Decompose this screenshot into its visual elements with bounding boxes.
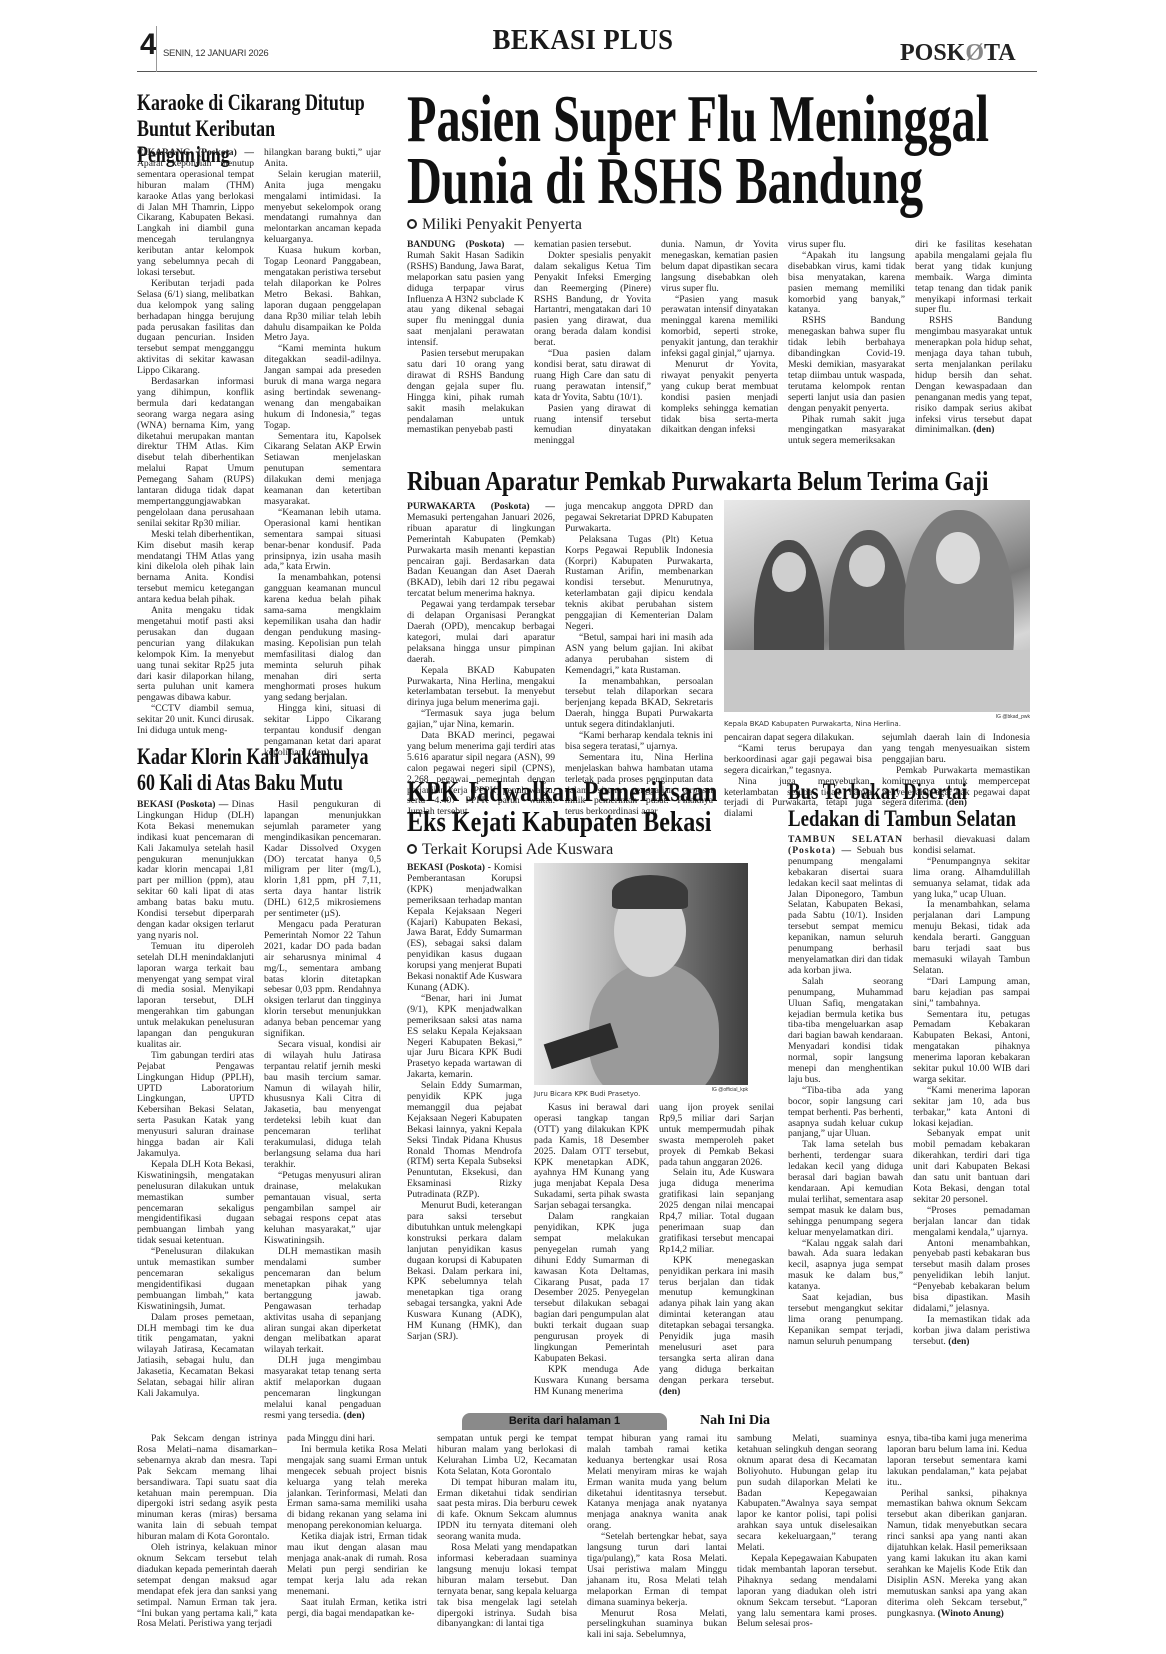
poskota-logo: POSKØTA [900,40,1016,67]
bus-col-1: TAMBUN SELATAN (Poskota) — Sebuah bus pe… [788,835,903,1348]
superflu-col-3: dunia. Namun, dr Yovita menegaskan, kema… [661,240,778,436]
photo-credit-kpk: IG @official_kpk [660,1087,748,1093]
bullet-ring-icon [407,844,417,854]
section-title: BEKASI PLUS [433,24,733,57]
karaoke-col-2: hilangkan barang bukti,” ujar Anita. Sel… [264,148,381,759]
karaoke-col-1: CIKARANG (Poskota) — Aparat kepolisian m… [137,148,254,737]
nah-col-6: esnya, tiba-tiba kami juga menerima lapo… [887,1434,1027,1619]
nah-col-4: tempat hiburan yang ramai itu malah tamb… [587,1434,727,1641]
issue-date: SENIN, 12 JANUARI 2026 [163,48,268,59]
superflu-col-4: virus super flu. “Apakah itu langsung di… [788,240,905,447]
headline-kadar-klorin: Kadar Klorin Kali Jakamulya 60 Kali di A… [137,744,371,796]
superflu-col-1: BANDUNG (Poskota) — Rumah Sakit Hasan Sa… [407,240,524,436]
superflu-col-2: kematian pasien tersebut. Dokter spesial… [534,240,651,447]
photo-budi-prasetyo [534,863,748,1085]
nah-col-3: sempatan untuk pergi ke tempat hiburan m… [437,1434,577,1630]
kadar-col-2: Hasil pengukuran di lapangan menunjukkan… [264,800,381,1422]
headline-superflu: Pasien Super Flu Meninggal Dunia di RSHS… [407,88,989,212]
kpk-col-1: BEKASI (Poskota) - Komisi Pemberantasan … [407,863,522,1343]
headline-nah-ini-dia: Nah Ini Dia [700,1413,770,1429]
bullet-ring-icon [407,219,417,229]
kpk-col-3: uang ijon proyek senilai Rp9,5 miliar da… [659,1103,774,1397]
nah-col-2: pada Minggu dini hari. Ini bermula ketik… [287,1434,427,1619]
photo-caption-kpk: Juru Bicara KPK Budi Prasetyo. [534,1090,640,1098]
headline-purwakarta: Ribuan Aparatur Pemkab Purwakarta Belum … [407,466,988,496]
headline-bus: Bus Terbakar Disertai Ledakan di Tambun … [788,778,1016,832]
purwakarta-col-2: juga mencakup anggota DPRD dan pegawai S… [565,502,713,818]
photo-caption-purwakarta: Kepala BKAD Kabupaten Purwakarta, Nina H… [724,720,901,728]
subhead-kpk: Terkait Korupsi Ade Kuswara [407,841,613,859]
bus-col-2: berhasil dievakuasi dalam kondisi selama… [913,835,1030,1348]
photo-nina-herlina [724,500,1030,712]
nah-col-1: Pak Sekcam dengan istrinya Rosa Melati–n… [137,1434,277,1630]
subhead-superflu: Miliki Penyakit Penyerta [407,216,582,234]
continued-from-page-1-badge: Berita dari halaman 1 [462,1413,667,1430]
headline-kpk: KPK Jadwalkan Pemeriksaan Eks Kejati Kab… [407,778,717,838]
purwakarta-col-1: PURWAKARTA (Poskota) — Memasuki pertenga… [407,502,555,818]
page-number: 4 [140,30,157,60]
superflu-col-5: diri ke fasilitas kesehatan apabila meng… [915,240,1032,436]
kpk-col-2: Kasus ini berawal dari operasi tangkap t… [534,1103,649,1397]
photo-credit-purwakarta: IG @bkad_pwk [940,714,1030,720]
nah-col-5: sambung Melati, suaminya ketahuan seling… [737,1434,877,1630]
kadar-col-1: BEKASI (Poskota) — Dinas Lingkungan Hidu… [137,800,254,1400]
masthead-divider [156,26,157,72]
